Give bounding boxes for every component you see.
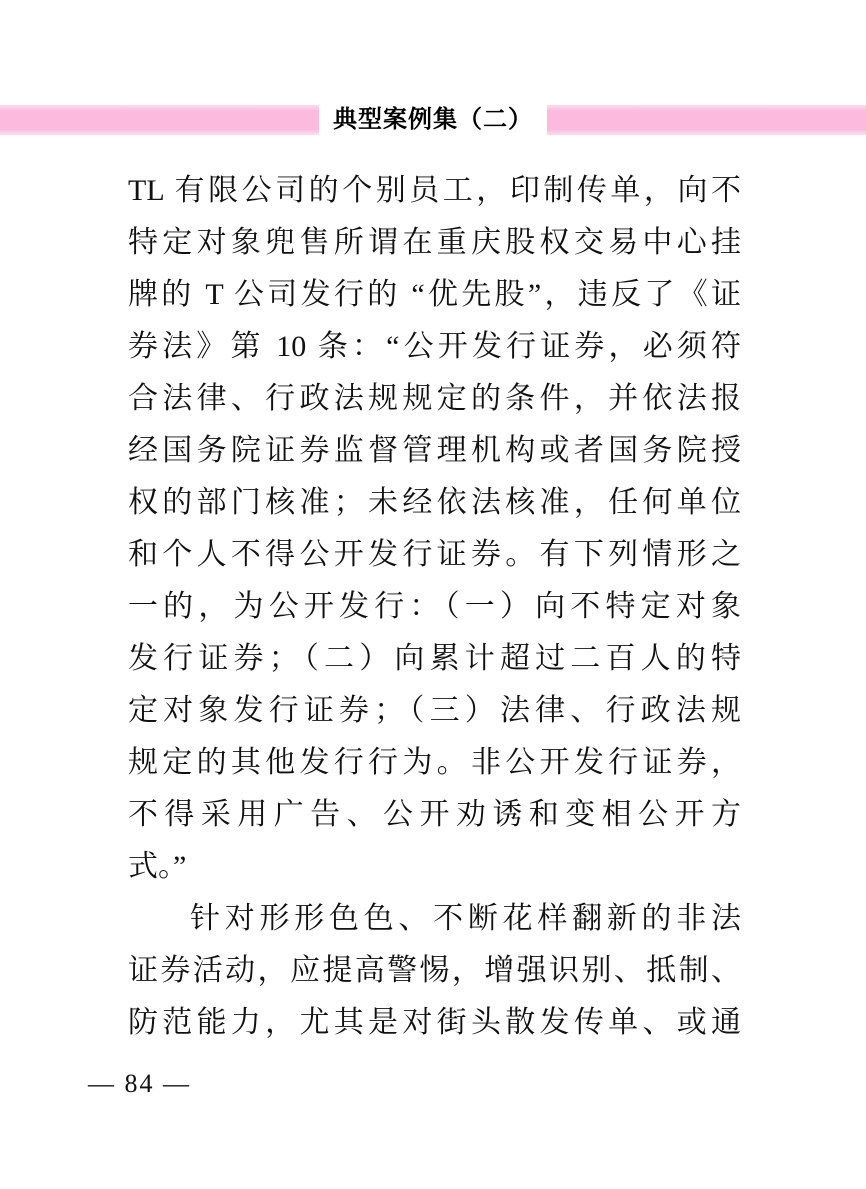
book-page: 典型案例集（二） TL 有限公司的个别员工，印制传单，向不 特定对象兜售所谓在重…	[0, 0, 866, 1189]
text-line: 防范能力，尤其是对街头散发传单、或通	[128, 997, 741, 1049]
header-bar-left	[0, 105, 319, 135]
text-line: 券法》第 10 条：“公开发行证券，必须符	[128, 321, 741, 373]
text-line: 和个人不得公开发行证券。有下列情形之	[128, 529, 741, 581]
text-line: 针对形形色色、不断花样翻新的非法	[128, 893, 741, 945]
body-text: TL 有限公司的个别员工，印制传单，向不 特定对象兜售所谓在重庆股权交易中心挂 …	[128, 165, 741, 1049]
text-line: 一的，为公开发行：（一）向不特定对象	[128, 581, 741, 633]
header-bar-right	[547, 105, 866, 135]
text-line: 权的部门核准；未经依法核准，任何单位	[128, 477, 741, 529]
text-line: 经国务院证券监督管理机构或者国务院授	[128, 425, 741, 477]
text-line: 特定对象兜售所谓在重庆股权交易中心挂	[128, 217, 741, 269]
page-header: 典型案例集（二）	[0, 105, 866, 135]
text-line: 式。”	[128, 841, 741, 893]
text-line: 不得采用广告、公开劝诱和变相公开方	[128, 789, 741, 841]
text-line: 规定的其他发行行为。非公开发行证券，	[128, 737, 741, 789]
text-line: TL 有限公司的个别员工，印制传单，向不	[128, 165, 741, 217]
text-line: 定对象发行证券；（三）法律、行政法规	[128, 685, 741, 737]
text-line: 合法律、行政法规规定的条件，并依法报	[128, 373, 741, 425]
text-line: 发行证券；（二）向累计超过二百人的特	[128, 633, 741, 685]
text-line: 牌的 T 公司发行的 “优先股”，违反了《证	[128, 269, 741, 321]
text-line: 证券活动，应提高警惕，增强识别、抵制、	[128, 945, 741, 997]
page-header-title: 典型案例集（二）	[319, 105, 547, 135]
page-number: — 84 —	[88, 1068, 191, 1100]
